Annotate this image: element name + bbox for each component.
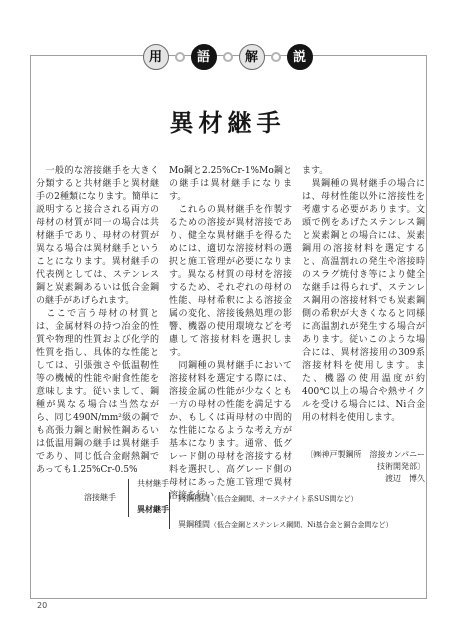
badge-go: 語 xyxy=(191,44,217,70)
diagram-bracket-line-2 xyxy=(169,492,170,529)
connector-dot-icon xyxy=(175,52,185,62)
diagram-node-same-steel: 同鋼種間（低合金鋼間、オーステナイト系SUS間など） xyxy=(178,494,358,504)
badge-you: 用 xyxy=(143,44,169,70)
paragraph: ます。 xyxy=(302,165,425,178)
credit-author-name: 渡辺 博久 xyxy=(302,473,425,485)
page-number: 20 xyxy=(37,601,47,610)
header-badges: 用 語 解 説 xyxy=(0,44,455,70)
document-page: 用 語 解 説 異材継手 一般的な溶接継手を大きく分類すると共材継手と異材継手の… xyxy=(0,0,455,644)
paragraph: Mo鋼と2.25%Cr-1%Mo鋼との継手は異材継手になります。 xyxy=(169,165,292,204)
diagram-root-label: 溶接継手 xyxy=(84,493,116,502)
badge-kai: 解 xyxy=(239,44,265,70)
credit-affiliation-line1: 〔㈱神戸製鋼所 溶接カンパニー xyxy=(302,449,425,461)
paragraph: ここで言う母材の材質とは、金属材料の持つ冶金的性質や物理的性質および化学的性質を… xyxy=(36,308,159,477)
diagram-node-kyozai: 共材継手 xyxy=(137,479,169,488)
diagram-node-note: （低合金鋼間、オーステナイト系SUS間など） xyxy=(210,495,358,503)
connector-dot-icon xyxy=(271,52,281,62)
diagram-node-izai: 異材継手 xyxy=(137,505,169,514)
diagram-node-diff-steel: 異鋼種間（低合金鋼とステンレス鋼間、Ni基合金と銅合金間など） xyxy=(178,520,393,530)
diagram-node-note: （低合金鋼とステンレス鋼間、Ni基合金と銅合金間など） xyxy=(210,521,393,529)
credit-affiliation-line2: 技術開発部〕 xyxy=(302,461,425,473)
paragraph: これらの異材継手を作製するための溶接が異材溶接であり、健全な異材継手を得るために… xyxy=(169,204,292,360)
author-credit: 〔㈱神戸製鋼所 溶接カンパニー 技術開発部〕 渡辺 博久 xyxy=(302,449,425,485)
diagram-bracket-line-1 xyxy=(128,479,129,517)
diagram-node-label: 異鋼種間 xyxy=(178,520,210,529)
text-column-3: ます。 異鋼種の異材継手の場合には、母材性能以外に溶接性を考慮する必要があります… xyxy=(302,165,425,503)
badge-setsu: 説 xyxy=(287,44,313,70)
article-body: 一般的な溶接継手を大きく分類すると共材継手と異材継手の2種類になります。簡単に説… xyxy=(36,165,426,503)
paragraph: 同鋼種の異材継手において溶接材料を選定する際には、溶接金属の性能が少なくとも一方… xyxy=(169,360,292,503)
paragraph: 異鋼種の異材継手の場合には、母材性能以外に溶接性を考慮する必要があります。文頭で… xyxy=(302,178,425,425)
page-title: 異材継手 xyxy=(0,103,455,138)
text-column-2: Mo鋼と2.25%Cr-1%Mo鋼との継手は異材継手になります。 これらの異材継… xyxy=(169,165,292,503)
paragraph: 一般的な溶接継手を大きく分類すると共材継手と異材継手の2種類になります。簡単に説… xyxy=(36,165,159,308)
diagram-node-label: 同鋼種間 xyxy=(178,494,210,503)
connector-dot-icon xyxy=(223,52,233,62)
text-column-1: 一般的な溶接継手を大きく分類すると共材継手と異材継手の2種類になります。簡単に説… xyxy=(36,165,159,503)
